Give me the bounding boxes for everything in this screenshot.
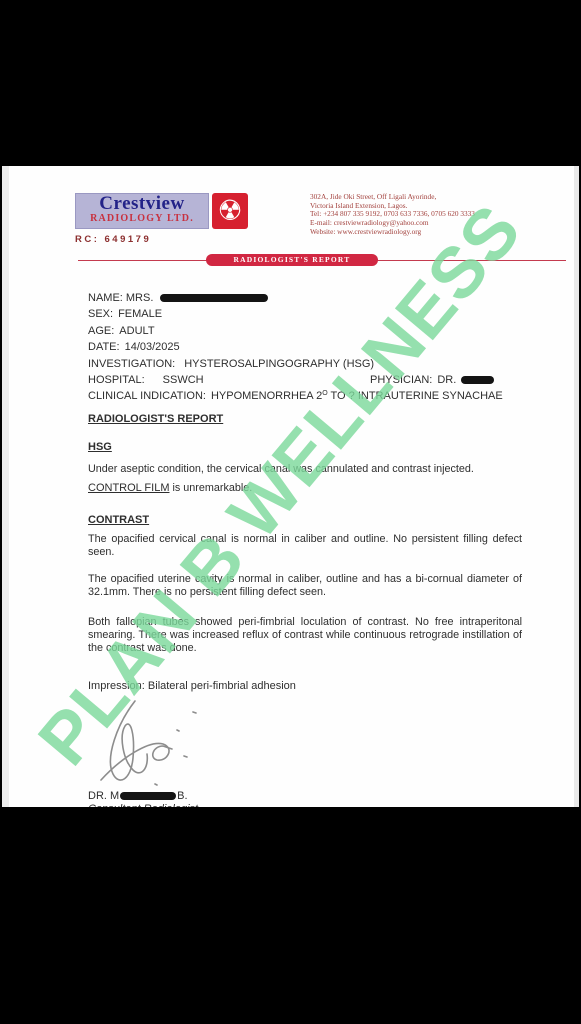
patient-name-line: NAME: MRS. <box>88 292 524 308</box>
clinical-value: HYPOMENORRHEA 2O TO ? INTRAUTERINE SYNAC… <box>211 390 503 402</box>
physician-redaction <box>461 376 494 384</box>
physician-value: DR. <box>437 374 456 386</box>
contrast-paragraph: Both fallopian tubes showed peri-fimbria… <box>88 616 522 656</box>
doctor-prefix: DR. M <box>88 790 119 802</box>
name-label: NAME: MRS. <box>88 292 153 304</box>
hospital-label: HOSPITAL: <box>88 374 145 386</box>
clinical-value-post: TO ? INTRAUTERINE SYNACHAE <box>328 390 503 402</box>
intro-paragraph: Under aseptic condition, the cervical ca… <box>88 463 524 475</box>
impression-line: Impression: Bilateral peri-fimbrial adhe… <box>88 680 574 692</box>
bottom-letterbox <box>0 807 581 1024</box>
patient-age-line: AGE:ADULT <box>88 325 524 341</box>
company-name: Crestview <box>76 195 208 213</box>
company-address: 302A, Jide Oki Street, Off Ligali Ayorin… <box>310 193 518 245</box>
age-label: AGE: <box>88 325 114 337</box>
patient-details: NAME: MRS. SEX:FEMALE AGE:ADULT DATE:14/… <box>88 292 524 407</box>
sex-value: FEMALE <box>118 308 162 320</box>
contrast-heading: CONTRAST <box>88 514 574 526</box>
report-banner: RADIOLOGIST'S REPORT <box>206 254 378 266</box>
address-line: Website: www.crestviewradiology.org <box>310 228 518 237</box>
radiology-report-document: Crestview RADIOLOGY LTD. ☢ RC: 649179 30… <box>2 166 579 807</box>
letterhead: Crestview RADIOLOGY LTD. ☢ RC: 649179 30… <box>75 193 518 245</box>
company-subtitle: RADIOLOGY LTD. <box>76 213 208 224</box>
date-value: 14/03/2025 <box>125 341 180 353</box>
report-section-heading: RADIOLOGIST'S REPORT <box>88 413 574 425</box>
patient-date-line: DATE:14/03/2025 <box>88 341 524 357</box>
control-film-text: is unremarkable. <box>170 482 253 494</box>
physician-label: PHYSICIAN: <box>370 374 432 386</box>
doctor-suffix: B. <box>177 790 187 802</box>
doctor-redaction <box>120 792 176 800</box>
contrast-paragraph: The opacified cervical canal is normal i… <box>88 533 522 559</box>
physician-group: PHYSICIAN:DR. <box>370 374 494 386</box>
contrast-paragraph: The opacified uterine cavity is normal i… <box>88 573 522 599</box>
report-banner-row: RADIOLOGIST'S REPORT <box>9 254 574 268</box>
control-film-label: CONTROL FILM <box>88 482 170 494</box>
radiation-glyph: ☢ <box>217 197 242 225</box>
company-logo-box: Crestview RADIOLOGY LTD. <box>75 193 209 229</box>
hospital-value: SSWCH <box>163 374 204 386</box>
name-redaction <box>160 294 268 302</box>
investigation-line: INVESTIGATION:HYSTEROSALPINGOGRAPHY (HSG… <box>88 358 524 374</box>
signature <box>97 698 227 790</box>
investigation-value: HYSTEROSALPINGOGRAPHY (HSG) <box>184 358 374 370</box>
clinical-label: CLINICAL INDICATION: <box>88 390 206 402</box>
age-value: ADULT <box>119 325 154 337</box>
radiation-icon: ☢ <box>212 193 248 229</box>
clinical-indication-line: CLINICAL INDICATION:HYPOMENORRHEA 2O TO … <box>88 390 524 406</box>
doctor-name-line: DR. MB. <box>88 790 574 802</box>
rc-number: RC: 649179 <box>75 234 248 245</box>
control-film-line: CONTROL FILM is unremarkable. <box>88 482 524 494</box>
phone-screenshot: Crestview RADIOLOGY LTD. ☢ RC: 649179 30… <box>0 0 581 1024</box>
patient-sex-line: SEX:FEMALE <box>88 308 524 324</box>
sex-label: SEX: <box>88 308 113 320</box>
hospital-line: HOSPITAL:SSWCH PHYSICIAN:DR. <box>88 374 524 390</box>
hsg-heading: HSG <box>88 441 574 453</box>
top-letterbox <box>0 0 581 166</box>
date-label: DATE: <box>88 341 120 353</box>
company-logo: Crestview RADIOLOGY LTD. ☢ RC: 649179 <box>75 193 248 245</box>
clinical-value-pre: HYPOMENORRHEA 2 <box>211 390 322 402</box>
investigation-label: INVESTIGATION: <box>88 358 175 370</box>
